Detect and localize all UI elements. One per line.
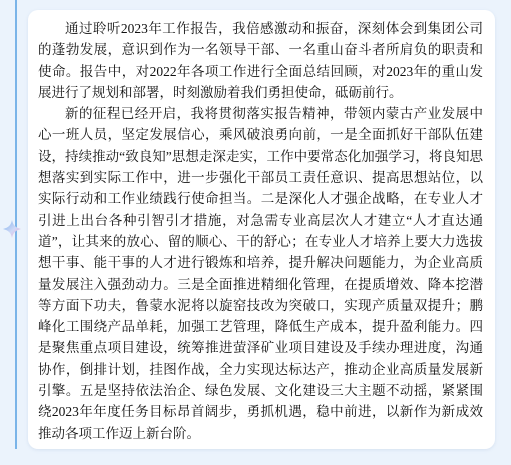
sparkle-star-icon <box>3 220 21 238</box>
report-paragraph-2: 新的征程已经开启，我将贯彻落实报告精神，带领内蒙古产业发展中心一班人员，坚定发展… <box>38 103 483 444</box>
report-body: 通过聆听2023年工作报告，我倍感激动和振奋，深刻体会到集团公司的蓬勃发展，意识… <box>28 10 495 444</box>
article-page: 通过聆听2023年工作报告，我倍感激动和振奋，深刻体会到集团公司的蓬勃发展，意识… <box>0 0 511 465</box>
report-paragraph-1: 通过聆听2023年工作报告，我倍感激动和振奋，深刻体会到集团公司的蓬勃发展，意识… <box>38 18 483 103</box>
content-card: 通过聆听2023年工作报告，我倍感激动和振奋，深刻体会到集团公司的蓬勃发展，意识… <box>28 10 495 449</box>
